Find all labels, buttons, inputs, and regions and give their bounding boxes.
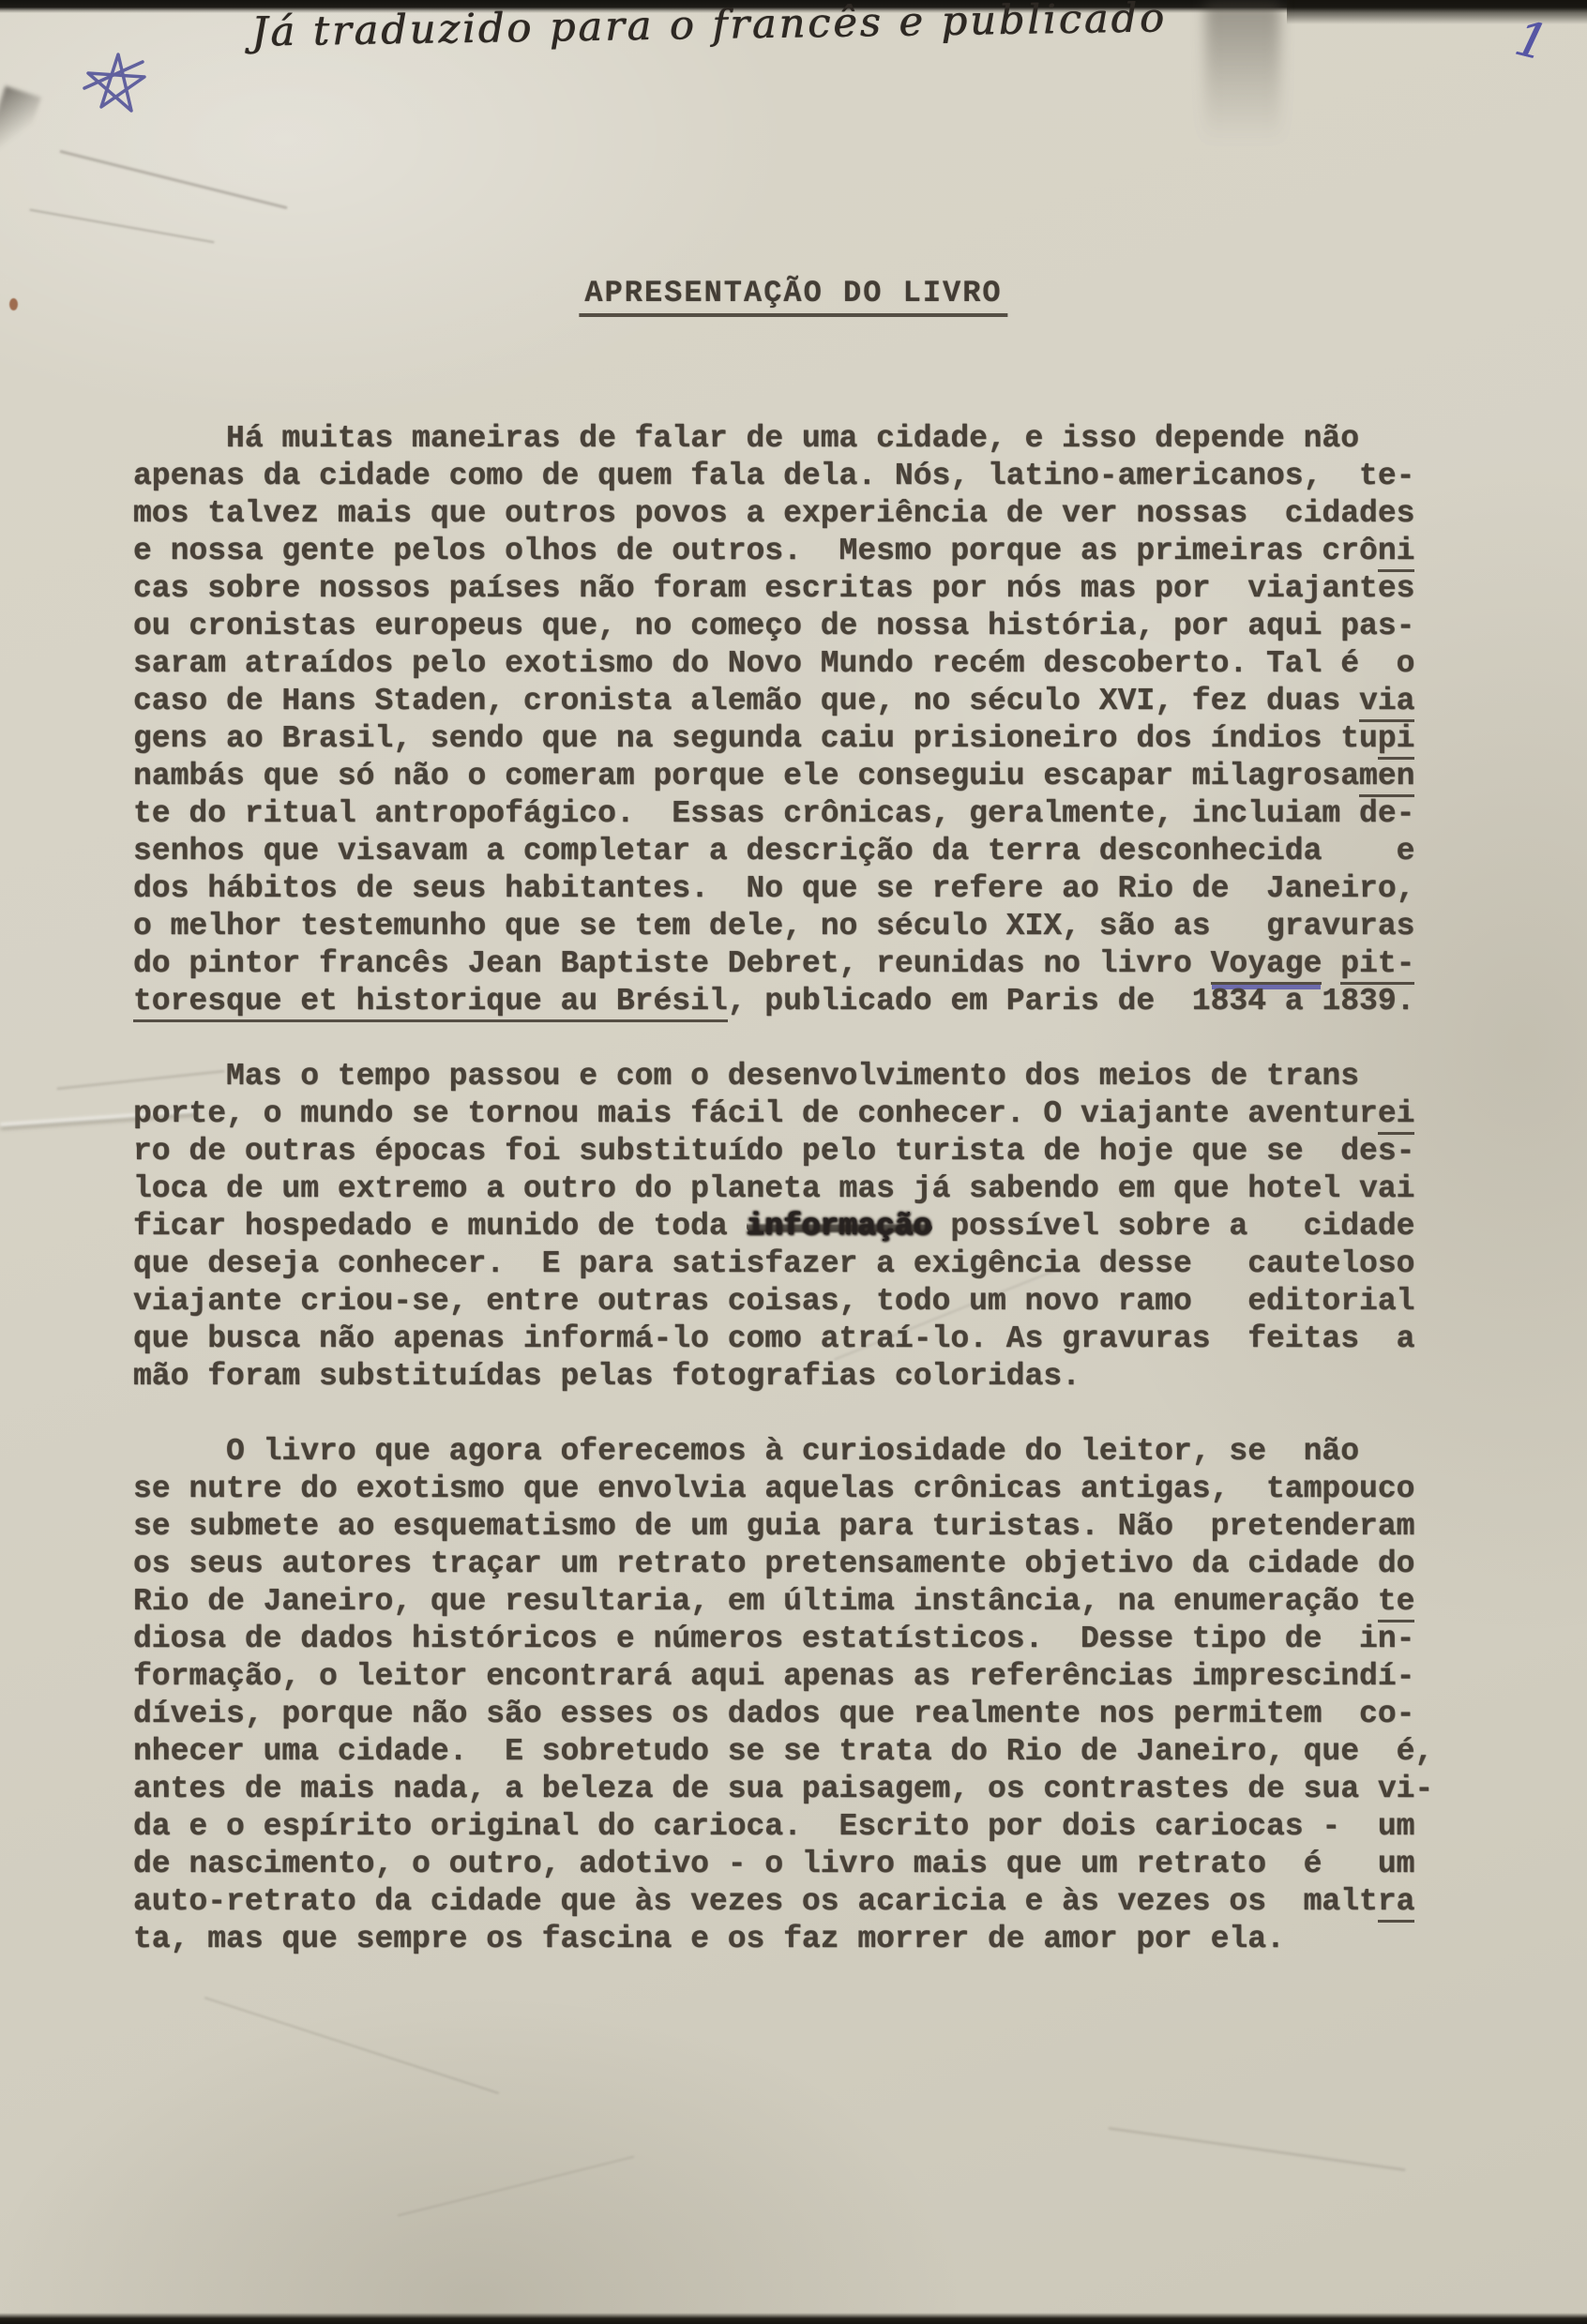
- text-line: ro de outras épocas foi substituído pelo…: [133, 1133, 1540, 1170]
- underlined-text: ra: [1378, 1884, 1415, 1923]
- text-segment: ta, mas que sempre os fascina e os faz m…: [133, 1922, 1285, 1956]
- text-segment: formação, o leitor encontrará aqui apena…: [133, 1659, 1414, 1694]
- text-line: do pintor francês Jean Baptiste Debret, …: [133, 945, 1540, 983]
- text-segment: que busca não apenas informá-lo como atr…: [133, 1321, 1414, 1356]
- paper-smudge-streak: [1205, 0, 1280, 141]
- text-line: da e o espírito original do carioca. Esc…: [133, 1808, 1540, 1846]
- text-segment: os seus autores traçar um retrato preten…: [133, 1547, 1414, 1581]
- text-line: que busca não apenas informá-lo como atr…: [133, 1320, 1540, 1358]
- scanned-document-page: Já traduzido para o francês e publicado …: [0, 0, 1587, 2324]
- text-segment: , publicado em Paris de 1834 a 1839.: [728, 984, 1415, 1019]
- text-segment: ficar hospedado e munido de toda: [133, 1209, 747, 1244]
- paper-crease: [29, 209, 214, 244]
- text-line: Há muitas maneiras de falar de uma cidad…: [133, 420, 1540, 458]
- text-line: Rio de Janeiro, que resultaria, em últim…: [133, 1583, 1540, 1621]
- text-segment: [1322, 946, 1340, 981]
- scan-edge-bottom: [0, 2313, 1587, 2324]
- paragraph: O livro que agora oferecemos à curiosida…: [133, 1433, 1540, 1958]
- text-segment: porte, o mundo se tornou mais fácil de c…: [133, 1096, 1378, 1131]
- text-segment: do pintor francês Jean Baptiste Debret, …: [133, 946, 1211, 981]
- text-line: senhos que visavam a completar a descriç…: [133, 833, 1540, 870]
- text-line: ou cronistas europeus que, no começo de …: [133, 608, 1540, 645]
- text-segment: da e o espírito original do carioca. Esc…: [133, 1809, 1414, 1844]
- underlined-text: toresque et historique au Brésil: [133, 984, 728, 1022]
- text-segment: o melhor testemunho que se tem dele, no …: [133, 909, 1414, 943]
- paragraph: Há muitas maneiras de falar de uma cidad…: [133, 420, 1540, 1020]
- rust-stain: [9, 298, 18, 310]
- handwritten-note: Já traduzido para o francês e publicado: [251, 0, 1168, 56]
- document-title: APRESENTAÇÃO DO LIVRO: [579, 276, 1007, 317]
- text-line: se nutre do exotismo que envolvia aquela…: [133, 1471, 1540, 1508]
- text-line: auto-retrato da cidade que às vezes os a…: [133, 1883, 1540, 1921]
- text-line: os seus autores traçar um retrato preten…: [133, 1546, 1540, 1583]
- text-line: dos hábitos de seus habitantes. No que s…: [133, 870, 1540, 908]
- text-line: diosa de dados históricos e números esta…: [133, 1621, 1540, 1658]
- underlined-text: te: [1378, 1584, 1415, 1622]
- text-segment: dos hábitos de seus habitantes. No que s…: [133, 871, 1414, 906]
- text-line: díveis, porque não são esses os dados qu…: [133, 1696, 1540, 1733]
- text-line: loca de um extremo a outro do planeta ma…: [133, 1170, 1540, 1208]
- text-segment: Mas o tempo passou e com o desenvolvimen…: [133, 1059, 1359, 1094]
- text-segment: se submete ao esquematismo de um guia pa…: [133, 1509, 1414, 1544]
- text-line: formação, o leitor encontrará aqui apena…: [133, 1658, 1540, 1696]
- text-segment: Rio de Janeiro, que resultaria, em últim…: [133, 1584, 1378, 1619]
- text-line: nambás que só não o comeram porque ele c…: [133, 758, 1540, 795]
- text-line: te do ritual antropofágico. Essas crônic…: [133, 795, 1540, 833]
- text-segment: díveis, porque não são esses os dados qu…: [133, 1697, 1414, 1731]
- text-segment: se nutre do exotismo que envolvia aquela…: [133, 1471, 1414, 1506]
- text-line: ta, mas que sempre os fascina e os faz m…: [133, 1921, 1540, 1958]
- text-line: mos talvez mais que outros povos a exper…: [133, 495, 1540, 533]
- text-line: o melhor testemunho que se tem dele, no …: [133, 908, 1540, 945]
- text-line: porte, o mundo se tornou mais fácil de c…: [133, 1095, 1540, 1133]
- text-line: mão foram substituídas pelas fotografias…: [133, 1358, 1540, 1396]
- text-segment: viajante criou-se, entre outras coisas, …: [133, 1284, 1414, 1319]
- text-segment: auto-retrato da cidade que às vezes os a…: [133, 1884, 1378, 1919]
- text-segment: nambás que só não o comeram porque ele c…: [133, 759, 1359, 793]
- text-segment: mão foram substituídas pelas fotografias…: [133, 1359, 1081, 1394]
- text-line: Mas o tempo passou e com o desenvolvimen…: [133, 1058, 1540, 1095]
- text-segment: cas sobre nossos países não foram escrit…: [133, 571, 1414, 606]
- text-line: caso de Hans Staden, cronista alemão que…: [133, 683, 1540, 720]
- text-segment: de nascimento, o outro, adotivo - o livr…: [133, 1847, 1414, 1881]
- paper-crease: [398, 2156, 635, 2217]
- text-segment: O livro que agora oferecemos à curiosida…: [133, 1434, 1359, 1469]
- text-line: cas sobre nossos países não foram escrit…: [133, 570, 1540, 608]
- text-line: se submete ao esquematismo de um guia pa…: [133, 1508, 1540, 1546]
- text-segment: loca de um extremo a outro do planeta ma…: [133, 1171, 1414, 1206]
- text-segment: te do ritual antropofágico. Essas crônic…: [133, 796, 1414, 831]
- text-line: toresque et historique au Brésil, public…: [133, 983, 1540, 1020]
- text-segment: ro de outras épocas foi substituído pelo…: [133, 1134, 1414, 1169]
- text-segment: nhecer uma cidade. E sobretudo se se tra…: [133, 1734, 1433, 1769]
- text-segment: Há muitas maneiras de falar de uma cidad…: [133, 421, 1359, 456]
- text-line: de nascimento, o outro, adotivo - o livr…: [133, 1846, 1540, 1883]
- paragraph: Mas o tempo passou e com o desenvolvimen…: [133, 1058, 1540, 1396]
- text-line: que deseja conhecer. E para satisfazer a…: [133, 1245, 1540, 1283]
- text-segment: possível sobre a cidade: [932, 1209, 1415, 1244]
- text-segment: senhos que visavam a completar a descriç…: [133, 834, 1414, 868]
- underlined-text: pit-: [1340, 946, 1414, 985]
- paper-crease: [204, 1997, 499, 2094]
- paper-crease: [59, 150, 287, 209]
- underlined-text: ni: [1378, 534, 1415, 572]
- text-segment: ou cronistas europeus que, no começo de …: [133, 609, 1414, 643]
- underlined-text: Voyage: [1211, 946, 1322, 985]
- text-line: antes de mais nada, a beleza de sua pais…: [133, 1771, 1540, 1808]
- text-line: gens ao Brasil, sendo que na segunda cai…: [133, 720, 1540, 758]
- text-segment: apenas da cidade como de quem fala dela.…: [133, 459, 1414, 493]
- text-segment: antes de mais nada, a beleza de sua pais…: [133, 1772, 1433, 1806]
- text-line: viajante criou-se, entre outras coisas, …: [133, 1283, 1540, 1320]
- scan-edge-left-mark: [0, 86, 41, 160]
- text-line: nhecer uma cidade. E sobretudo se se tra…: [133, 1733, 1540, 1771]
- text-segment: saram atraídos pelo exotismo do Novo Mun…: [133, 646, 1414, 681]
- text-segment: caso de Hans Staden, cronista alemão que…: [133, 684, 1359, 718]
- underlined-text: pi: [1378, 721, 1415, 760]
- crossed-star-icon: [81, 47, 152, 116]
- underlined-text: men: [1359, 759, 1414, 797]
- text-segment: diosa de dados históricos e números esta…: [133, 1622, 1414, 1656]
- paper-crease: [1108, 2127, 1405, 2172]
- underlined-text: via: [1359, 684, 1414, 722]
- text-segment: e nossa gente pelos olhos de outros. Mes…: [133, 534, 1378, 568]
- underlined-text: ei: [1378, 1096, 1415, 1135]
- text-line: ficar hospedado e munido de toda informa…: [133, 1208, 1540, 1245]
- smudged-word: informação: [747, 1209, 932, 1244]
- text-segment: mos talvez mais que outros povos a exper…: [133, 496, 1414, 531]
- text-segment: gens ao Brasil, sendo que na segunda cai…: [133, 721, 1378, 756]
- text-segment: que deseja conhecer. E para satisfazer a…: [133, 1246, 1414, 1281]
- text-line: e nossa gente pelos olhos de outros. Mes…: [133, 533, 1540, 570]
- text-line: saram atraídos pelo exotismo do Novo Mun…: [133, 645, 1540, 683]
- typewritten-body: Há muitas maneiras de falar de uma cidad…: [133, 420, 1540, 1958]
- text-line: apenas da cidade como de quem fala dela.…: [133, 458, 1540, 495]
- text-line: O livro que agora oferecemos à curiosida…: [133, 1433, 1540, 1471]
